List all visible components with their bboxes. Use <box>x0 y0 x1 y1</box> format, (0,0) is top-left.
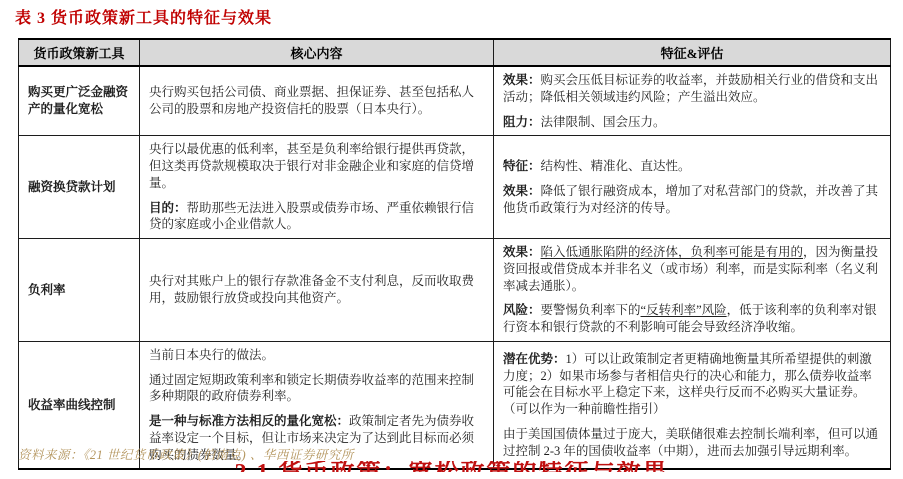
tool-name: 购买更广泛金融资产的量化宽松 <box>19 66 140 136</box>
paragraph: 央行以最优惠的低利率，甚至是负利率给银行提供再贷款，但这类再贷款规模取决于银行对… <box>149 141 484 191</box>
paragraph: 目的：帮助那些无法进入股票或债券市场、严重依赖银行信贷的家庭或小企业借款人。 <box>149 200 484 234</box>
underlined-text: “反转利率”风险 <box>641 303 727 317</box>
table-row-funding-for-lending: 融资换贷款计划 央行以最优惠的低利率，甚至是负利率给银行提供再贷款，但这类再贷款… <box>19 136 891 239</box>
policy-tools-table: 货币政策新工具 核心内容 特征&评估 购买更广泛金融资产的量化宽松 央行购买包括… <box>18 38 891 470</box>
eval-cell: 效果：陷入低通胀陷阱的经济体，负利率可能是有用的，因为衡量投资回报或借贷成本并非… <box>494 239 891 342</box>
core-content-cell: 央行以最优惠的低利率，甚至是负利率给银行提供再贷款，但这类再贷款规模取决于银行对… <box>140 136 494 239</box>
para-label: 效果： <box>503 184 541 198</box>
table-row-negative-rates: 负利率 央行对其账户上的银行存款准备金不支付利息，反而收取费用，鼓励银行放贷或投… <box>19 239 891 342</box>
eval-cell: 潜在优势：1）可以让政策制定者更精确地衡量其所希望提供的刺激力度；2）如果市场参… <box>494 341 891 469</box>
paragraph: 效果：降低了银行融资成本，增加了对私营部门的贷款，并改善了其他货币政策行为对经济… <box>503 183 881 217</box>
col-header-eval: 特征&评估 <box>494 39 891 66</box>
para-label: 特征： <box>503 159 541 173</box>
paragraph: 效果：购买会压低目标证券的收益率，并鼓励相关行业的借贷和支出活动；降低相关领域违… <box>503 72 881 106</box>
paragraph: 效果：陷入低通胀陷阱的经济体，负利率可能是有用的，因为衡量投资回报或借贷成本并非… <box>503 244 881 294</box>
paragraph: 由于美国国债体量过于庞大，美联储很难去控制长端利率，但可以通过控制 2-3 年的… <box>503 426 881 460</box>
para-label: 目的： <box>149 201 187 215</box>
paragraph: 央行对其账户上的银行存款准备金不支付利息，反而收取费用，鼓励银行放贷或投向其他资… <box>149 273 484 307</box>
table-row-qe: 购买更广泛金融资产的量化宽松 央行购买包括公司债、商业票据、担保证券、甚至包括私… <box>19 66 891 136</box>
paragraph: 风险：要警惕负利率下的“反转利率”风险，低于该利率的负利率对银行资本和银行贷款的… <box>503 302 881 336</box>
paragraph: 潜在优势：1）可以让政策制定者更精确地衡量其所希望提供的刺激力度；2）如果市场参… <box>503 351 881 418</box>
table-header-row: 货币政策新工具 核心内容 特征&评估 <box>19 39 891 66</box>
tool-name: 融资换贷款计划 <box>19 136 140 239</box>
col-header-tool: 货币政策新工具 <box>19 39 140 66</box>
paragraph: 特征：结构性、精准化、直达性。 <box>503 158 881 175</box>
underlined-text: 陷入低通胀陷阱的经济体，负利率可能是有用的 <box>541 245 804 259</box>
paragraph: 阻力：法律限制、国会压力。 <box>503 114 881 131</box>
eval-cell: 效果：购买会压低目标证券的收益率，并鼓励相关行业的借贷和支出活动；降低相关领域违… <box>494 66 891 136</box>
paragraph: 当前日本央行的做法。 <box>149 347 484 364</box>
clipped-section-heading: 2.1 货币政策：宽松政策的特征与效果 <box>0 461 903 472</box>
eval-cell: 特征：结构性、精准化、直达性。 效果：降低了银行融资成本，增加了对私营部门的贷款… <box>494 136 891 239</box>
tool-name: 负利率 <box>19 239 140 342</box>
para-label: 阻力： <box>503 115 541 129</box>
report-page: 表 3 货币政策新工具的特征与效果 货币政策新工具 核心内容 特征&评估 购买更… <box>0 0 903 479</box>
core-content-cell: 央行购买包括公司债、商业票据、担保证券、甚至包括私人公司的股票和房地产投资信托的… <box>140 66 494 136</box>
para-label: 效果： <box>503 245 541 259</box>
para-label: 是一种与标准方法相反的量化宽松： <box>149 414 349 428</box>
col-header-core: 核心内容 <box>140 39 494 66</box>
para-label: 风险： <box>503 303 541 317</box>
paragraph: 通过固定短期政策利率和锁定长期债券收益率的范围来控制多种期限的政府债券利率。 <box>149 372 484 406</box>
paragraph: 央行购买包括公司债、商业票据、担保证券、甚至包括私人公司的股票和房地产投资信托的… <box>149 84 484 118</box>
core-content-cell: 央行对其账户上的银行存款准备金不支付利息，反而收取费用，鼓励银行放贷或投向其他资… <box>140 239 494 342</box>
para-label: 效果： <box>503 73 541 87</box>
table-title: 表 3 货币政策新工具的特征与效果 <box>15 5 272 28</box>
para-label: 潜在优势： <box>503 352 566 366</box>
clipped-section-heading-text: 2.1 货币政策：宽松政策的特征与效果 <box>0 461 903 472</box>
